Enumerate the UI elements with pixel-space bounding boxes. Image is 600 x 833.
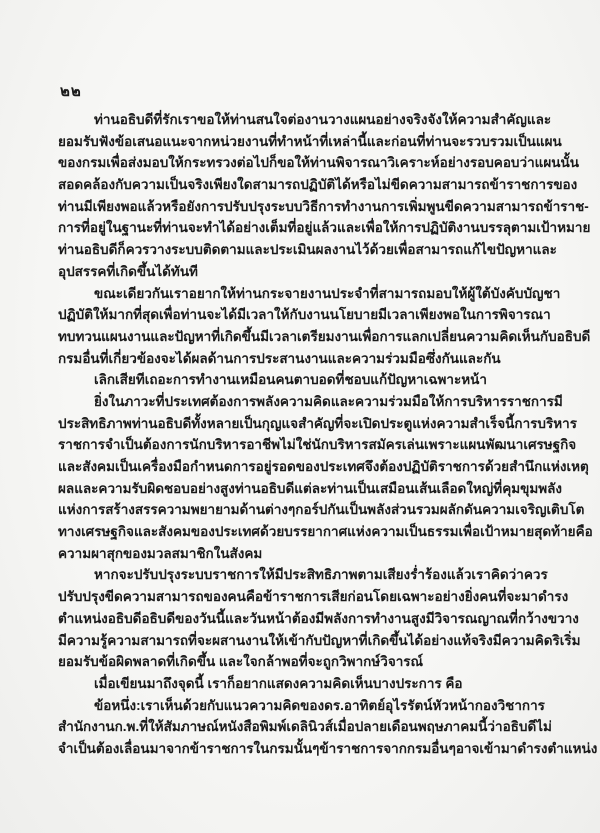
text-segment: และเพื่อให้การปฏิบัติงานบรรลุตามเป้าหมาย (337, 217, 590, 239)
text-line: ท่านอธิบดีก็ควรวางระบบติดตามและประเมินผล… (58, 239, 541, 261)
text-segment: ท่านมีเพียงพอแล้วหรือยัง (58, 196, 201, 218)
text-segment: มีเวลาเพียงพอในการพิจารณา (378, 304, 551, 326)
text-segment: ก.พ. (115, 716, 140, 738)
text-segment: เราเห็นด้วยกับแนวความคิดของ (141, 695, 325, 717)
text-line: สำนักงานก.พ.ที่ให้สัมภาษณ์หนังสือพิมพ์เด… (58, 716, 541, 738)
text-segment: ท่านอธิบดีแต่ละท่านเป็นเสมือนเส้นเลือดให… (235, 478, 562, 500)
text-line: ประสิทธิภาพท่านอธิบดีทั้งหลายเป็นกุญแจสำ… (58, 413, 541, 435)
scanned-document-page: ๒๒ ท่านอธิบดีที่รักเราขอให้ท่านสนใจต่องา… (0, 0, 600, 833)
text-segment: มีวิจารณญาณที่กว้างขวาง (426, 608, 579, 630)
text-segment: สามารถปฏิบัติได้หรือไม่ (253, 174, 391, 196)
text-line: ยิ่งในภาวะที่ประเทศต้องการพลังความคิดและ… (58, 391, 541, 413)
text-line: สอดคล้องกับความเป็นจริงเพียงใดสามารถปฏิบ… (58, 174, 541, 196)
text-line: ท่านอธิบดีที่รักเราขอให้ท่านสนใจต่องานวา… (58, 109, 541, 131)
text-line: ทางเศรษฐกิจและสังคมของประเทศด้วยบรรยากาศ… (58, 521, 541, 543)
text-segment: จำเป็นต้องเลื่อนมาจากข้าราชการในกรมนั้น (58, 738, 312, 760)
text-segment: การปรับปรุงระบบวิธีการทำงาน (201, 196, 381, 218)
text-segment: ๆ (288, 499, 295, 521)
text-segment: ข้าราชการจากกรมอื่น (319, 738, 448, 760)
text-line: ยอมรับฟังข้อเสนอแนะจากหน่วยงานที่ทำหน้าท… (58, 131, 541, 153)
text-segment: ท่านอธิบดีก็ควรวางระบบติดตามและประเมินผล… (58, 239, 394, 261)
text-segment: เราขอให้ท่านสนใจต่องานวางแผนอย่างจริงจัง (178, 109, 442, 131)
text-segment: เราคิดว่า (471, 564, 523, 586)
text-segment: ดร. (324, 695, 344, 717)
text-segment: และความร่วมมือให้การบริหารราชการมี (331, 391, 563, 413)
text-block: ท่านอธิบดีที่รักเราขอให้ท่านสนใจต่องานวา… (58, 109, 541, 760)
text-line: ตำแหน่งอธิบดีอธิบดีของวันนี้และวันหน้าต้… (58, 608, 541, 630)
text-line: ปรับปรุงขีดความสามารถของคนคือข้าราชการเส… (58, 586, 541, 608)
text-segment: อธิบดีไม่ (503, 716, 552, 738)
text-segment: ขีดความสามารถข้าราชการของ (391, 174, 578, 196)
text-segment: ของกรมเพื่อส่งมอบให้กระทรวงต่อไป (58, 152, 269, 174)
text-segment: ท่านอธิบดีทั้งหลายเป็นกุญแจสำคัญที่จะเปิ… (132, 413, 515, 435)
text-segment: ประสิทธิภาพ (58, 413, 132, 435)
text-segment: ตำแหน่งอธิบดี (58, 608, 141, 630)
text-segment: ผล (58, 478, 74, 500)
text-segment: เพราะแผนพัฒนาเศรษฐกิจ (424, 434, 576, 456)
text-segment: อาจเข้ามาดำรงตำแหน่ง (456, 738, 597, 760)
text-segment: ๆ (312, 738, 319, 760)
text-segment: เพื่อเป้าหมายสุดท้ายคือ (459, 521, 593, 543)
text-segment: มีความรู้ความสามารถที่จะผสานงานให้เข้ากั… (58, 630, 493, 652)
text-line: ปฏิบัติให้มากที่สุดเพื่อท่านจะได้มีเวลาใ… (58, 304, 541, 326)
text-segment: และความรับผิดชอบอย่างสูง (74, 478, 235, 500)
text-segment: อาทิตย์ (344, 695, 385, 717)
text-segment: ที่ให้สัมภาษณ์หนังสือพิมพ์เดลินิวส์ (139, 716, 333, 738)
text-segment: ก็ขอให้ท่านพิจารณาวิเคราะห์อย่างรอบคอบ (269, 152, 520, 174)
text-segment: ปรับปรุงขีดความสามารถของคน (58, 586, 246, 608)
text-segment: ราชการจำเป็นต้องการนักบริหารอาชีพไม่ใช่น… (58, 434, 424, 456)
text-line: ยอมรับข้อผิดพลาดที่เกิดขึ้น และใจกล้าพอท… (58, 651, 541, 673)
text-segment: อธิบดีของวันนี้และวันหน้าต้องมีพลังการทำ… (141, 608, 425, 630)
text-segment: แห่งการสร้างสรรความพยายามด้านต่าง (58, 499, 288, 521)
text-segment: ให้ความสำคัญและ (442, 109, 551, 131)
text-segment: ขณะเดียวกันเราอยากให้ท่านกระจายงานประจำท… (94, 283, 560, 305)
text-segment: ยิ่งในภาวะที่ประเทศต้องการพลังความคิด (94, 391, 331, 413)
text-line: ราชการจำเป็นต้องการนักบริหารอาชีพไม่ใช่น… (58, 434, 541, 456)
text-segment: และสังคมเป็นเครื่องมือกำหนดการอยู่รอดของ… (58, 456, 365, 478)
text-segment: ว่าแผนนั้น (520, 152, 579, 174)
text-segment: ข้อหนึ่ง (94, 695, 136, 717)
text-segment: มีความคิดริเริ่ม (493, 630, 581, 652)
text-line: ความผาสุกของมวลสมาชิกในสังคม (58, 543, 541, 565)
text-segment: ๆ (449, 738, 456, 760)
text-line: เมื่อเขียนมาถึงจุดนี้ เราก็อยากแสดงความค… (58, 673, 541, 695)
text-segment: มีเวลาเตรียมงานเพื่อการแลกเปลี่ยนความคิด… (260, 326, 590, 348)
text-line: และสังคมเป็นเครื่องมือกำหนดการอยู่รอดของ… (58, 456, 541, 478)
text-segment: ปฏิบัติให้มากที่สุด (58, 304, 159, 326)
text-segment: การบริหาร (514, 413, 577, 435)
text-line: ขณะเดียวกันเราอยากให้ท่านกระจายงานประจำท… (58, 283, 541, 305)
text-segment: โดยเฉพาะอย่างยิ่ง (373, 586, 479, 608)
text-segment: ท่านอธิบดีที่รัก (94, 109, 178, 131)
text-line: ของกรมเพื่อส่งมอบให้กระทรวงต่อไปก็ขอให้ท… (58, 152, 541, 174)
text-segment: ทางเศรษฐกิจและสังคมของประเทศด้วยบรรยากาศ… (58, 521, 459, 543)
text-segment: ยอมรับฟังข้อเสนอแนะจากหน่วยงานที่ทำหน้าท… (58, 131, 367, 153)
text-segment: จึงต้องปฏิบัติราชการด้วยสำนึกแห่งเหตุ (365, 456, 589, 478)
text-line: แห่งการสร้างสรรความพยายามด้านต่างๆกอร์ปก… (58, 499, 541, 521)
text-segment: เพื่อสามารถแก้ไขปัญหาและ (394, 239, 557, 261)
text-line: การที่อยู่ในฐานะที่ท่านจะทำได้อย่างเต็มท… (58, 217, 541, 239)
text-line: ผลและความรับผิดชอบอย่างสูงท่านอธิบดีแต่ล… (58, 478, 541, 500)
text-segment: และก่อนที่ท่านจะรวบรวมเป็นแผน (367, 131, 562, 153)
page-number: ๒๒ (60, 79, 82, 103)
text-segment: เมื่อปลายเดือนพฤษภาคมนี้ว่า (333, 716, 502, 738)
text-segment: สำนักงาน (58, 716, 115, 738)
text-line: ข้อหนึ่ง:เราเห็นด้วยกับแนวความคิดของดร.อ… (58, 695, 541, 717)
text-segment: หากจะปรับปรุงระบบราชการให้มีประสิทธิภาพต… (94, 564, 471, 586)
text-segment: ทบทวนแผนงานและปัญหาที่เกิดขึ้น (58, 326, 260, 348)
text-segment: กอร์ปกันเป็นพลังส่วนรวมผลักดันความเจริญเ… (295, 499, 584, 521)
text-line: เลิกเสียทีเถอะการทำงานเหมือนคนตาบอดที่ชอ… (58, 369, 541, 391)
text-segment: คือข้าราชการเสียก่อน (246, 586, 373, 608)
text-line: หากจะปรับปรุงระบบราชการให้มีประสิทธิภาพต… (58, 564, 541, 586)
text-segment: อุไรรัตน์ (385, 695, 432, 717)
text-line: กรมอื่นที่เกี่ยวข้องจะได้ผลด้านการประสาน… (58, 348, 541, 370)
text-segment: การเพิ่มพูนขีดความสามารถข้าราช- (381, 196, 589, 218)
text-line: ทบทวนแผนงานและปัญหาที่เกิดขึ้นมีเวลาเตรี… (58, 326, 541, 348)
text-segment: สอดคล้องกับความเป็นจริงเพียงใด (58, 174, 253, 196)
text-segment: การที่อยู่ในฐานะที่ท่านจะทำได้อย่างเต็มท… (58, 217, 337, 239)
text-line: ท่านมีเพียงพอแล้วหรือยังการปรับปรุงระบบว… (58, 196, 541, 218)
text-segment: คนที่จะมาดำรง (479, 586, 568, 608)
text-line: มีความรู้ความสามารถที่จะผสานงานให้เข้ากั… (58, 630, 541, 652)
text-line: อุปสรรคที่เกิดขึ้นได้ทันที (58, 261, 541, 283)
text-segment: ควร (524, 564, 548, 586)
text-segment: เพื่อท่านจะได้มีเวลาให้กับงานนโยบาย (159, 304, 378, 326)
text-segment: หัวหน้ากองวิชาการ (433, 695, 545, 717)
text-line: จำเป็นต้องเลื่อนมาจากข้าราชการในกรมนั้นๆ… (58, 738, 541, 760)
